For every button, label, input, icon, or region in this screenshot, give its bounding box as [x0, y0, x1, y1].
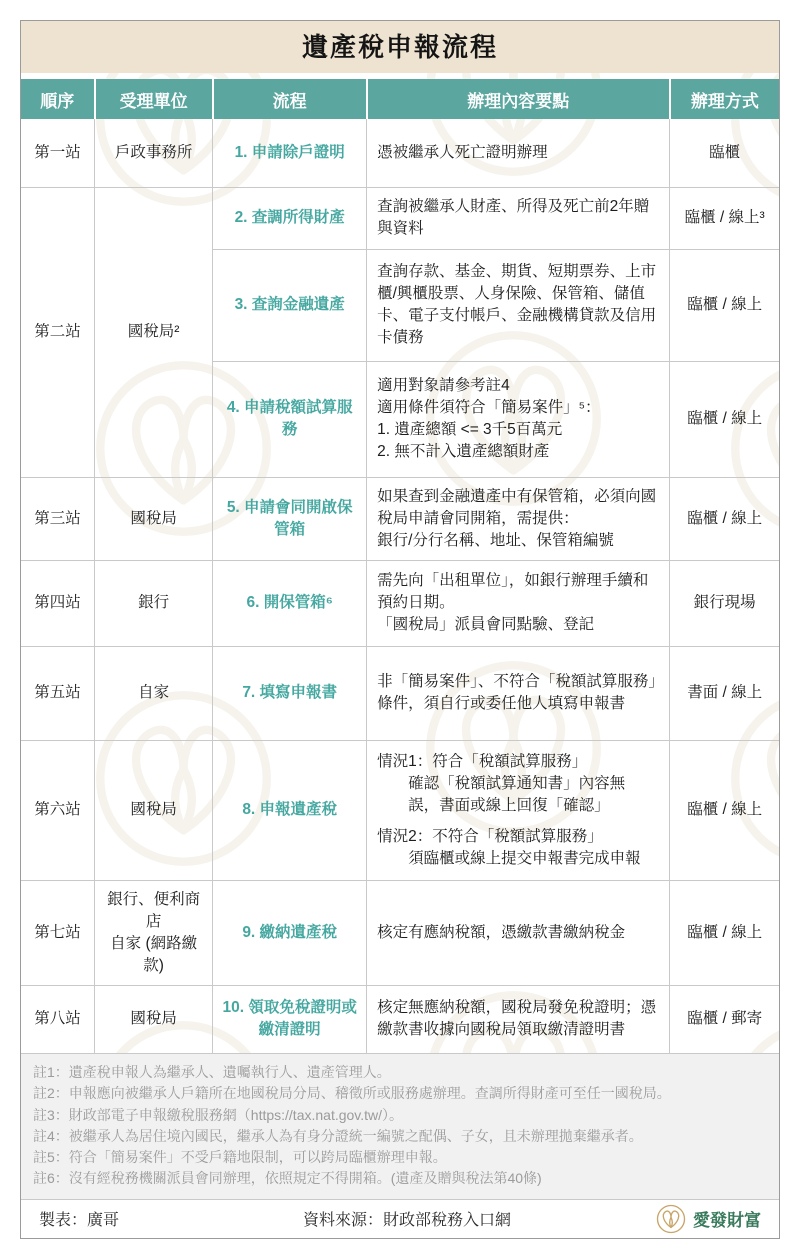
process-table: 順序 受理單位 流程 辦理內容要點 辦理方式 第一站 戶政事務所 1. 申請除戶… — [21, 79, 779, 1053]
method-cell: 臨櫃 / 線上 — [670, 477, 779, 560]
footnotes-section: 註1：遺產稅申報人為繼承人、遺囑執行人、遺產管理人。 註2：申報應向被繼承人戶籍… — [21, 1053, 779, 1199]
content-cell: 憑被繼承人死亡證明辦理 — [367, 119, 670, 187]
table-row: 第八站 國稅局 10. 領取免稅證明或繳清證明 核定無應納稅額，國稅局發免稅證明… — [21, 985, 779, 1053]
step-cell: 3. 查詢金融遺產 — [213, 249, 367, 361]
order-cell: 第八站 — [21, 985, 95, 1053]
table-row: 第一站 戶政事務所 1. 申請除戶證明 憑被繼承人死亡證明辦理 臨櫃 — [21, 119, 779, 187]
step-cell: 4. 申請稅額試算服務 — [213, 361, 367, 477]
step-cell: 6. 開保管箱⁶ — [213, 560, 367, 646]
footer-bar: 製表：廣哥 資料來源：財政部稅務入口網 愛發財富 — [21, 1199, 779, 1238]
content-cell: 如果查到金融遺產中有保管箱，必須向國稅局申請會同開箱，需提供： 銀行/分行名稱、… — [367, 477, 670, 560]
unit-cell: 國稅局 — [95, 985, 213, 1053]
order-cell: 第一站 — [21, 119, 95, 187]
order-cell: 第七站 — [21, 880, 95, 985]
method-cell: 書面 / 線上 — [670, 646, 779, 740]
footer-made-by: 製表：廣哥 — [39, 1207, 119, 1230]
step-cell: 5. 申請會同開啟保管箱 — [213, 477, 367, 560]
content-cell: 查詢存款、基金、期貨、短期票券、上市櫃/興櫃股票、人身保險、保管箱、儲值卡、電子… — [367, 249, 670, 361]
content-case-1: 情況1：符合「稅額試算服務」 確認「稅額試算通知書」內容無 誤，書面或線上回復「… — [377, 751, 659, 817]
order-cell: 第四站 — [21, 560, 95, 646]
content-cell: 非「簡易案件」、不符合「稅額試算服務」條件，須自行或委任他人填寫申報書 — [367, 646, 670, 740]
unit-cell: 國稅局 — [95, 740, 213, 880]
table-row: 第三站 國稅局 5. 申請會同開啟保管箱 如果查到金融遺產中有保管箱，必須向國稅… — [21, 477, 779, 560]
order-cell: 第二站 — [21, 187, 95, 477]
unit-cell: 銀行、便利商店 自家 (網路繳款) — [95, 880, 213, 985]
method-cell: 臨櫃 / 線上 — [670, 740, 779, 880]
header-order: 順序 — [21, 79, 95, 119]
footer-source: 資料來源：財政部稅務入口網 — [303, 1207, 511, 1230]
order-cell: 第五站 — [21, 646, 95, 740]
step-cell: 10. 領取免稅證明或繳清證明 — [213, 985, 367, 1053]
order-cell: 第三站 — [21, 477, 95, 560]
page-title: 遺產稅申報流程 — [21, 21, 779, 73]
brand-name: 愛發財富 — [693, 1206, 761, 1231]
infographic-page: 遺產稅申報流程 順序 受理單位 流程 辦理內容要點 辦理方式 第一站 戶政事務所… — [20, 20, 780, 1239]
content-cell: 核定無應納稅額，國稅局發免稅證明；憑繳款書收據向國稅局領取繳清證明書 — [367, 985, 670, 1053]
method-cell: 臨櫃 / 線上³ — [670, 187, 779, 249]
content-cell: 核定有應納稅額，憑繳款書繳納稅金 — [367, 880, 670, 985]
table-row: 第六站 國稅局 8. 申報遺產稅 情況1：符合「稅額試算服務」 確認「稅額試算通… — [21, 740, 779, 880]
method-cell: 臨櫃 / 郵寄 — [670, 985, 779, 1053]
table-row: 第七站 銀行、便利商店 自家 (網路繳款) 9. 繳納遺產稅 核定有應納稅額，憑… — [21, 880, 779, 985]
footnote: 註5：符合「簡易案件」不受戶籍地限制，可以跨局臨櫃辦理申報。 — [33, 1147, 767, 1168]
header-content: 辦理內容要點 — [367, 79, 670, 119]
step-cell: 7. 填寫申報書 — [213, 646, 367, 740]
header-unit: 受理單位 — [95, 79, 213, 119]
header-step: 流程 — [213, 79, 367, 119]
brand-logo-icon — [656, 1204, 686, 1234]
step-cell: 8. 申報遺產稅 — [213, 740, 367, 880]
unit-cell: 戶政事務所 — [95, 119, 213, 187]
header-method: 辦理方式 — [670, 79, 779, 119]
table-row: 第二站 國稅局² 2. 查調所得財產 查詢被繼承人財產、所得及死亡前2年贈與資料… — [21, 187, 779, 249]
content-cell: 需先向「出租單位」，如銀行辦理手續和預約日期。 「國稅局」派員會同點驗、登記 — [367, 560, 670, 646]
footnote: 註4：被繼承人為居住境內國民，繼承人為有身分證統一編號之配偶、子女，且未辦理拋棄… — [33, 1126, 767, 1147]
step-cell: 2. 查調所得財產 — [213, 187, 367, 249]
content-case-2: 情況2：不符合「稅額試算服務」 須臨櫃或線上提交申報書完成申報 — [377, 826, 659, 870]
order-cell: 第六站 — [21, 740, 95, 880]
footnote: 註3：財政部電子申報繳稅服務網（https://tax.nat.gov.tw/）… — [33, 1105, 767, 1126]
footnote: 註2：申報應向被繼承人戶籍所在地國稅局分局、稽徵所或服務處辦理。查調所得財產可至… — [33, 1083, 767, 1104]
table-row: 第四站 銀行 6. 開保管箱⁶ 需先向「出租單位」，如銀行辦理手續和預約日期。 … — [21, 560, 779, 646]
method-cell: 臨櫃 / 線上 — [670, 249, 779, 361]
unit-cell: 自家 — [95, 646, 213, 740]
brand-badge: 愛發財富 — [656, 1204, 761, 1234]
content-cell: 適用對象請參考註4 適用條件須符合「簡易案件」⁵： 1. 遺產總額 <= 3千5… — [367, 361, 670, 477]
content-cell: 情況1：符合「稅額試算服務」 確認「稅額試算通知書」內容無 誤，書面或線上回復「… — [367, 740, 670, 880]
table-row: 第五站 自家 7. 填寫申報書 非「簡易案件」、不符合「稅額試算服務」條件，須自… — [21, 646, 779, 740]
step-cell: 9. 繳納遺產稅 — [213, 880, 367, 985]
table-header-row: 順序 受理單位 流程 辦理內容要點 辦理方式 — [21, 79, 779, 119]
unit-cell: 國稅局² — [95, 187, 213, 477]
unit-cell: 國稅局 — [95, 477, 213, 560]
method-cell: 銀行現場 — [670, 560, 779, 646]
footnote: 註1：遺產稅申報人為繼承人、遺囑執行人、遺產管理人。 — [33, 1062, 767, 1083]
unit-cell: 銀行 — [95, 560, 213, 646]
method-cell: 臨櫃 / 線上 — [670, 361, 779, 477]
footnote: 註6：沒有經稅務機關派員會同辦理，依照規定不得開箱。(遺產及贈與稅法第40條) — [33, 1168, 767, 1189]
step-cell: 1. 申請除戶證明 — [213, 119, 367, 187]
method-cell: 臨櫃 / 線上 — [670, 880, 779, 985]
method-cell: 臨櫃 — [670, 119, 779, 187]
content-cell: 查詢被繼承人財產、所得及死亡前2年贈與資料 — [367, 187, 670, 249]
